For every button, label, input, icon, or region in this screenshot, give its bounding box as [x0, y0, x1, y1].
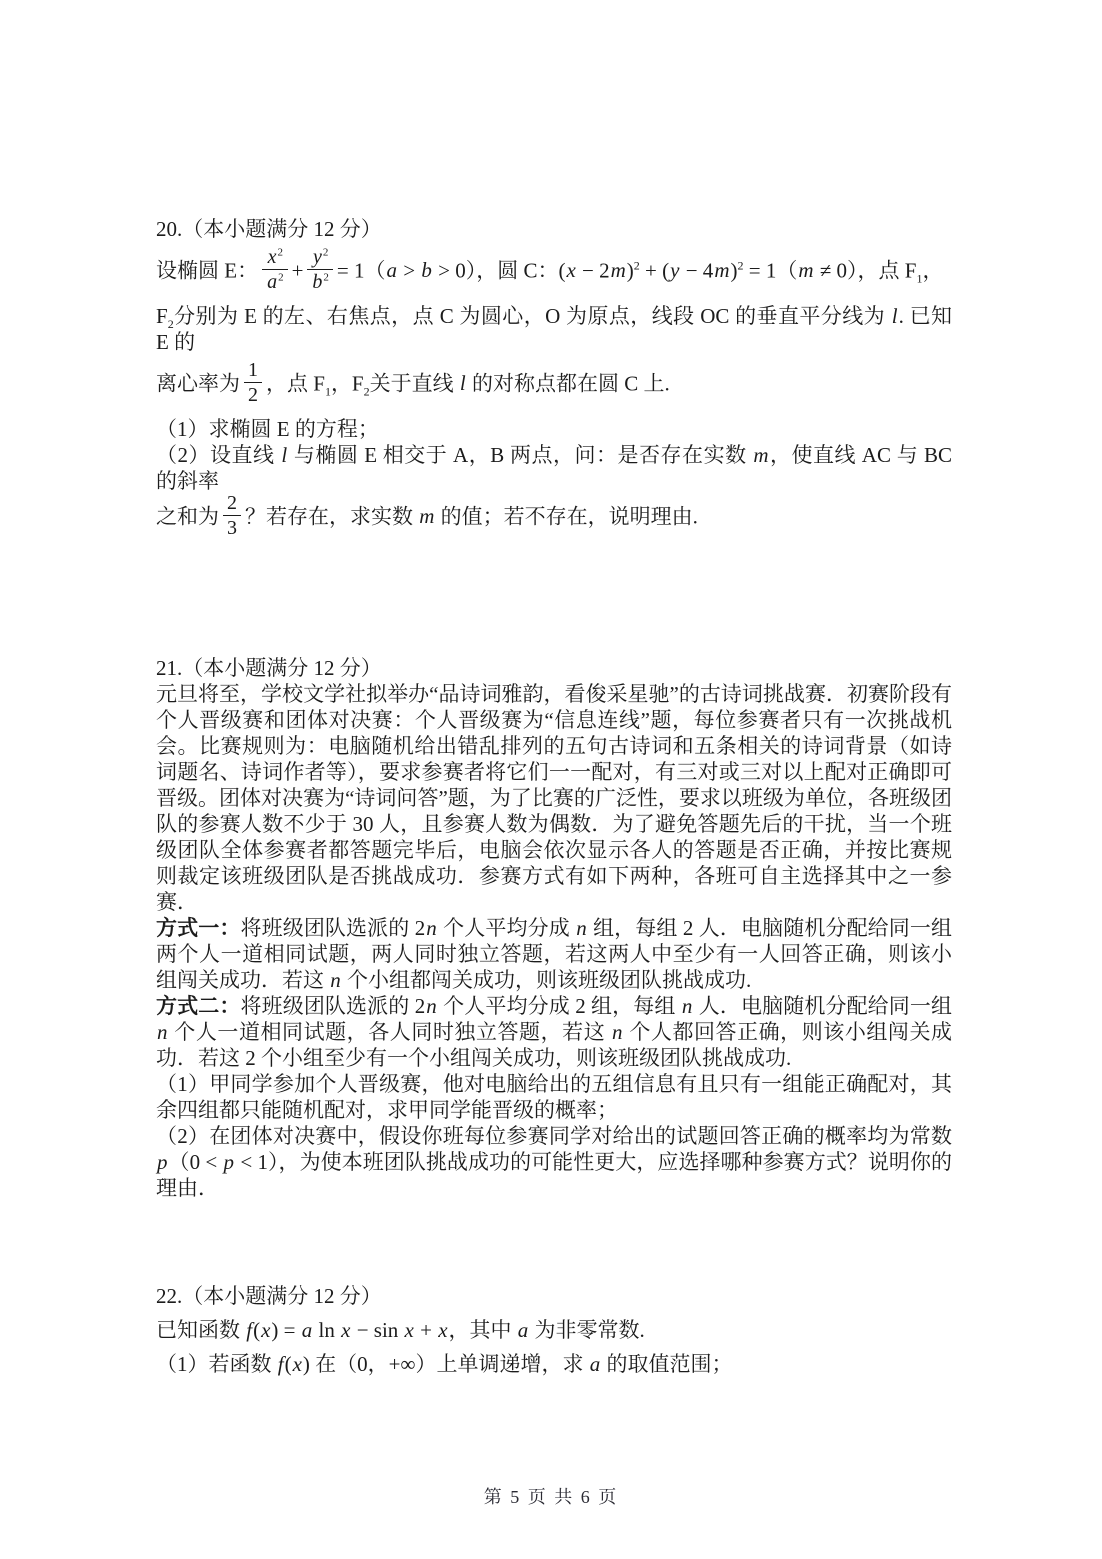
- question-21-part-1: （1）甲同学参加个人晋级赛，他对电脑给出的五组信息有且只有一组能正确配对，其余四…: [156, 1071, 952, 1123]
- question-20: 20.（本小题满分 12 分） 设椭圆 E：x2a2+y2b2= 1（a > b…: [156, 216, 952, 543]
- question-22-function-line: 已知函数 f(x) = a ln x − sin x + x，其中 a 为非零常…: [156, 1317, 952, 1343]
- fraction: x2a2: [262, 245, 288, 294]
- question-21-body: 元旦将至，学校文学社拟举办“品诗词雅韵，看俊采星驰”的古诗词挑战赛．初赛阶段有个…: [156, 681, 952, 915]
- exam-page: 20.（本小题满分 12 分） 设椭圆 E：x2a2+y2b2= 1（a > b…: [0, 0, 1102, 1559]
- question-21-part-2: （2）在团体对决赛中，假设你班每位参赛同学对给出的试题回答正确的概率均为常数 p…: [156, 1123, 952, 1201]
- question-20-part-2-cont: 之和为23？若存在，求实数 m 的值；若不存在，说明理由.: [156, 494, 952, 543]
- question-21-method-2: 方式二：将班级团队选派的 2n 个人平均分成 2 组，每组 n 人．电脑随机分配…: [156, 993, 952, 1071]
- question-20-setup-line-2: F2分别为 E 的左、右焦点，点 C 为圆心，O 为原点，线段 OC 的垂直平分…: [156, 303, 952, 355]
- fraction: 23: [223, 491, 241, 540]
- question-20-setup-line-1: 设椭圆 E：x2a2+y2b2= 1（a > b > 0），圆 C：(x − 2…: [156, 248, 952, 297]
- question-22-part-1: （1）若函数 f(x) 在（0，+∞）上单调递增，求 a 的取值范围；: [156, 1351, 952, 1377]
- question-20-setup-line-3: 离心率为12，点 F1，F2关于直线 l 的对称点都在圆 C 上.: [156, 361, 952, 410]
- question-20-part-2: （2）设直线 l 与椭圆 E 相交于 A，B 两点，问：是否存在实数 m，使直线…: [156, 442, 952, 494]
- question-20-part-1: （1）求椭圆 E 的方程；: [156, 416, 952, 442]
- page-footer: 第 5 页 共 6 页: [0, 1483, 1102, 1509]
- fraction: 12: [244, 358, 262, 407]
- question-21-method-1: 方式一：将班级团队选派的 2n 个人平均分成 n 组，每组 2 人．电脑随机分配…: [156, 915, 952, 993]
- fraction: y2b2: [307, 245, 333, 294]
- question-21-header: 21.（本小题满分 12 分）: [156, 655, 952, 681]
- question-22: 22.（本小题满分 12 分） 已知函数 f(x) = a ln x − sin…: [156, 1283, 952, 1377]
- question-22-header: 22.（本小题满分 12 分）: [156, 1283, 952, 1309]
- question-21: 21.（本小题满分 12 分） 元旦将至，学校文学社拟举办“品诗词雅韵，看俊采星…: [156, 655, 952, 1201]
- question-20-header: 20.（本小题满分 12 分）: [156, 216, 952, 242]
